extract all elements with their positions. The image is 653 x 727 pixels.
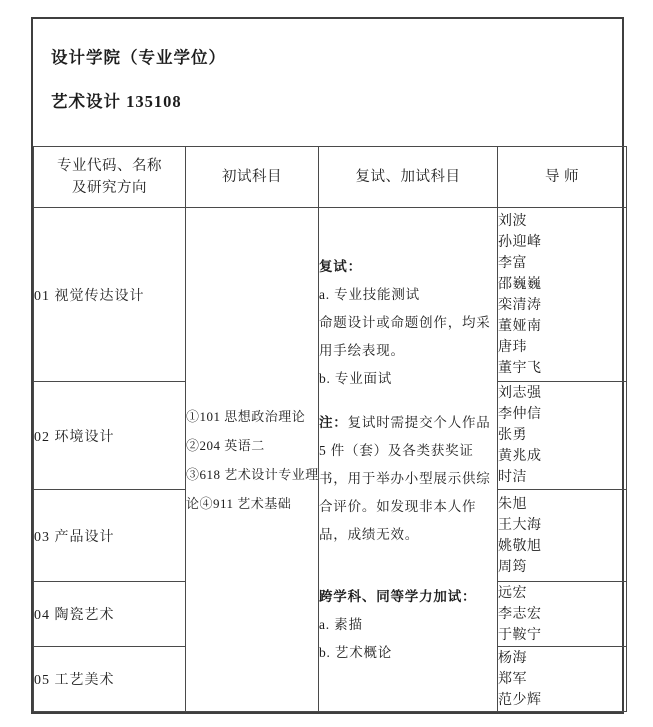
header-major-code: 专业代码、名称 及研究方向 xyxy=(34,147,186,208)
header-initial-exam: 初试科目 xyxy=(186,147,319,208)
header-mentors: 导 师 xyxy=(498,147,627,208)
mentors-major-03: 朱旭 王大海 姚敬旭 周筠 xyxy=(498,490,627,582)
mentor-name: 刘志强 xyxy=(498,383,626,404)
mentors-major-01: 刘波 孙迎峰 李富 邵巍巍 栾清涛 董娅南 唐玮 董宇飞 xyxy=(498,208,627,382)
header-retest: 复试、加试科目 xyxy=(319,147,498,208)
header-major-code-line2: 及研究方向 xyxy=(34,177,185,199)
mentor-name: 范少辉 xyxy=(498,690,626,711)
mentors-major-04: 远宏 李志宏 于鞍宁 xyxy=(498,582,627,647)
mentor-name: 于鞍宁 xyxy=(498,625,626,646)
note-label: 注： xyxy=(319,415,348,430)
mentor-name: 时洁 xyxy=(498,467,626,488)
mentor-name: 董宇飞 xyxy=(498,358,626,379)
exam-line: 论④911 艺术基础 xyxy=(186,489,318,518)
major-03: 03 产品设计 xyxy=(34,490,186,582)
mentor-name: 李志宏 xyxy=(498,604,626,625)
additional-test-line: b. 艺术概论 xyxy=(319,639,497,667)
mentor-name: 黄兆成 xyxy=(498,446,626,467)
note-text: 复试时需提交个人作品 5 件（套）及各类获奖证书，用于举办小型展示供综合评价。如… xyxy=(319,415,491,542)
major-05: 05 工艺美术 xyxy=(34,647,186,712)
mentor-name: 王大海 xyxy=(498,515,626,536)
mentor-name: 远宏 xyxy=(498,583,626,604)
mentor-name: 姚敬旭 xyxy=(498,536,626,557)
exam-line: ②204 英语二 xyxy=(186,431,318,460)
major-04: 04 陶瓷艺术 xyxy=(34,582,186,647)
admission-document-box: 设计学院（专业学位） 艺术设计 135108 专业代码、名称 及研究方向 初试科… xyxy=(31,17,624,714)
mentor-name: 张勇 xyxy=(498,425,626,446)
mentor-name: 郑军 xyxy=(498,669,626,690)
table-row: 01 视觉传达设计 ①101 思想政治理论 ②204 英语二 ③618 艺术设计… xyxy=(34,208,627,382)
college-title: 设计学院（专业学位） xyxy=(51,49,622,67)
additional-test-block: 跨学科、同等学力加试： a. 素描 b. 艺术概论 xyxy=(319,583,497,667)
major-01: 01 视觉传达设计 xyxy=(34,208,186,382)
mentor-name: 刘波 xyxy=(498,211,626,232)
mentor-name: 邵巍巍 xyxy=(498,274,626,295)
retest-line: a. 专业技能测试 xyxy=(319,281,497,309)
mentor-name: 杨海 xyxy=(498,648,626,669)
mentors-major-05: 杨海 郑军 范少辉 xyxy=(498,647,627,712)
admission-table: 专业代码、名称 及研究方向 初试科目 复试、加试科目 导 师 01 视觉传达设计… xyxy=(33,146,627,712)
mentor-name: 董娅南 xyxy=(498,316,626,337)
major-code-title: 艺术设计 135108 xyxy=(51,93,622,111)
major-02: 02 环境设计 xyxy=(34,382,186,490)
exam-line: ③618 艺术设计专业理 xyxy=(186,460,318,489)
mentor-name: 李富 xyxy=(498,253,626,274)
retest-block: 复试： a. 专业技能测试 命题设计或命题创作，均采用手绘表现。 b. 专业面试 xyxy=(319,253,497,393)
header-major-code-line1: 专业代码、名称 xyxy=(34,155,185,177)
retest-cell: 复试： a. 专业技能测试 命题设计或命题创作，均采用手绘表现。 b. 专业面试… xyxy=(319,208,498,712)
mentors-major-02: 刘志强 李仲信 张勇 黄兆成 时洁 xyxy=(498,382,627,490)
mentor-name: 孙迎峰 xyxy=(498,232,626,253)
header-row: 专业代码、名称 及研究方向 初试科目 复试、加试科目 导 师 xyxy=(34,147,627,208)
retest-line: 命题设计或命题创作，均采用手绘表现。 xyxy=(319,309,497,365)
additional-test-heading: 跨学科、同等学力加试： xyxy=(319,583,497,611)
mentor-name: 栾清涛 xyxy=(498,295,626,316)
exam-line: ①101 思想政治理论 xyxy=(186,402,318,431)
mentor-name: 唐玮 xyxy=(498,337,626,358)
retest-heading: 复试： xyxy=(319,253,497,281)
note-paragraph: 注：复试时需提交个人作品 5 件（套）及各类获奖证书，用于举办小型展示供综合评价… xyxy=(319,409,497,549)
mentor-name: 朱旭 xyxy=(498,494,626,515)
mentor-name: 李仲信 xyxy=(498,404,626,425)
document-titles: 设计学院（专业学位） 艺术设计 135108 xyxy=(33,19,622,146)
initial-exam-cell: ①101 思想政治理论 ②204 英语二 ③618 艺术设计专业理 论④911 … xyxy=(186,208,319,712)
additional-test-line: a. 素描 xyxy=(319,611,497,639)
retest-line: b. 专业面试 xyxy=(319,365,497,393)
mentor-name: 周筠 xyxy=(498,557,626,578)
